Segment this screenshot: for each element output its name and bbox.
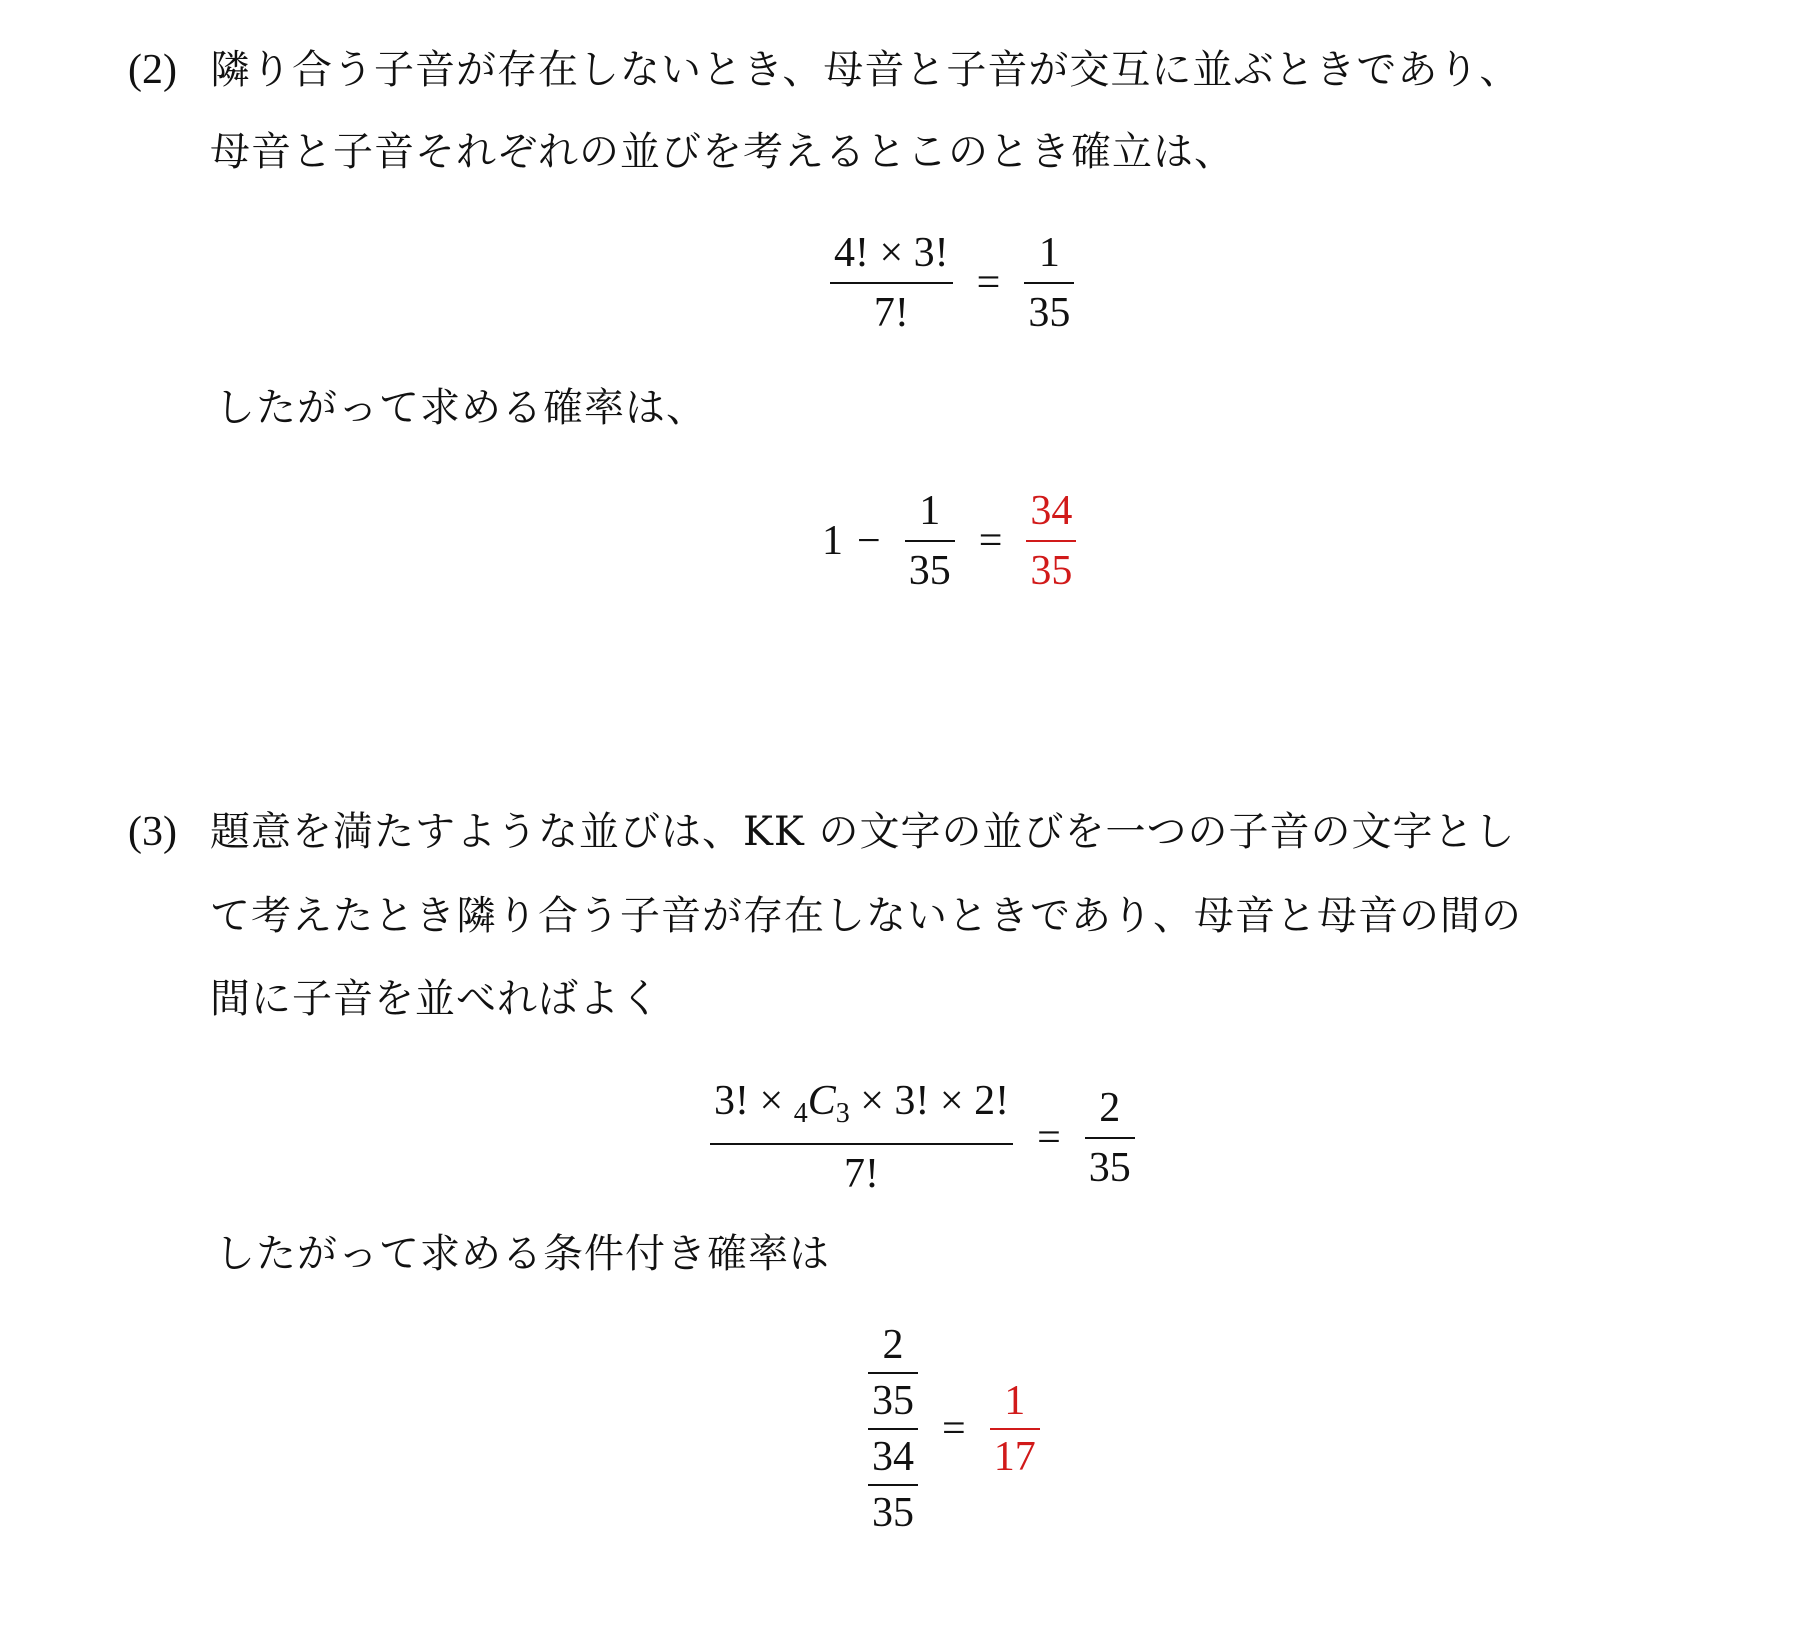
denominator: 35 (868, 1486, 918, 1540)
numerator: 1 (1000, 1374, 1029, 1428)
denominator: 35 (905, 542, 955, 600)
fraction: 3! × 4C3 × 3! × 2! 7! (710, 1072, 1013, 1203)
denominator: 17 (990, 1430, 1040, 1484)
numerator: 2 (879, 1318, 908, 1372)
fraction: 4! × 3! 7! (830, 224, 953, 342)
numerator: 3! × 4C3 × 3! × 2! (710, 1072, 1013, 1143)
equals-sign: = (979, 517, 1003, 565)
numerator-part-1: 3! × (714, 1078, 794, 1124)
numerator: 4! × 3! (830, 224, 953, 282)
compound-fraction: 2 35 34 35 (868, 1318, 918, 1540)
part-3-equation-2: 2 35 34 35 = 1 17 (858, 1318, 1050, 1540)
fraction: 1 35 (905, 482, 955, 600)
combination-r: 3 (836, 1098, 850, 1129)
numerator: 1 (1035, 224, 1064, 282)
part-2-text-line-2: 母音と子音それぞれの並びを考えるとこのとき確立は、 (210, 128, 1235, 176)
part-2-equation-2: 1 − 1 35 = 34 35 (822, 482, 1086, 600)
answer-fraction: 34 35 (1026, 482, 1076, 600)
fraction: 1 35 (1024, 224, 1074, 342)
denominator: 35 (868, 1374, 918, 1428)
fraction: 34 35 (868, 1430, 918, 1540)
denominator: 7! (870, 284, 913, 342)
denominator: 35 (1085, 1139, 1135, 1197)
numerator: 1 (915, 482, 944, 540)
part-3-equation-1: 3! × 4C3 × 3! × 2! 7! = 2 35 (700, 1072, 1145, 1203)
part-3-therefore-text: したがって求める条件付き確率は (215, 1230, 830, 1278)
numerator: 34 (868, 1430, 918, 1484)
part-3-label: (3) (128, 808, 177, 856)
combination-symbol: C (808, 1078, 836, 1124)
fraction: 2 35 (1085, 1079, 1135, 1197)
denominator: 35 (1024, 284, 1074, 342)
part-2-text-line-1: 隣り合う子音が存在しないとき、母音と子音が交互に並ぶときであり、 (210, 46, 1520, 94)
part-2-equation-1: 4! × 3! 7! = 1 35 (820, 224, 1084, 342)
answer-fraction: 1 17 (990, 1374, 1040, 1484)
fraction: 2 35 (868, 1318, 918, 1428)
part-2-therefore-text: したがって求める確率は、 (215, 384, 707, 432)
minus-sign: − (857, 517, 881, 565)
part-3-text-line-1: 題意を満たすような並びは、KK の文字の並びを一つの子音の文字とし (210, 808, 1515, 856)
equals-sign: = (942, 1405, 966, 1453)
part-3-text-line-2: て考えたとき隣り合う子音が存在しないときであり、母音と母音の間の (210, 892, 1522, 940)
combination-n: 4 (794, 1098, 808, 1129)
part-2-label: (2) (128, 46, 177, 94)
compound-denominator: 34 35 (868, 1430, 918, 1540)
compound-numerator: 2 35 (868, 1318, 918, 1428)
equals-sign: = (1037, 1114, 1061, 1162)
numerator: 34 (1026, 482, 1076, 540)
lhs-value: 1 (822, 517, 843, 565)
denominator: 35 (1026, 542, 1076, 600)
numerator-part-2: × 3! × 2! (850, 1078, 1009, 1124)
part-3-text-line-3: 間に子音を並べればよく (210, 975, 661, 1023)
equals-sign: = (977, 259, 1001, 307)
denominator: 7! (840, 1145, 883, 1203)
numerator: 2 (1095, 1079, 1124, 1137)
